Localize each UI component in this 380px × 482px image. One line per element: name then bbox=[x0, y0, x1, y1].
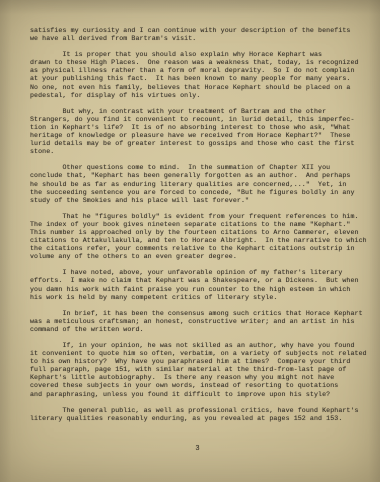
letter-paragraph: In brief, it has been the consensus amon… bbox=[30, 310, 366, 334]
scanned-letter-page: satisfies my curiosity and I can continu… bbox=[0, 0, 380, 482]
letter-paragraph: But why, in contrast with your treatment… bbox=[30, 108, 366, 157]
letter-body: satisfies my curiosity and I can continu… bbox=[30, 27, 366, 423]
letter-paragraph: The general public, as well as professio… bbox=[30, 407, 366, 423]
letter-paragraph: That he "figures boldly" is evident from… bbox=[30, 213, 366, 262]
letter-paragraph-continuation: satisfies my curiosity and I can continu… bbox=[30, 27, 366, 43]
letter-paragraph: It is proper that you should also explai… bbox=[30, 51, 366, 100]
letter-paragraph: I have noted, above, your unfavorable op… bbox=[30, 269, 366, 301]
page-number: 3 bbox=[30, 445, 365, 453]
letter-paragraph: If, in your opinion, he was not skilled … bbox=[30, 342, 366, 399]
letter-paragraph: Other questions come to mind. In the sum… bbox=[30, 164, 366, 204]
